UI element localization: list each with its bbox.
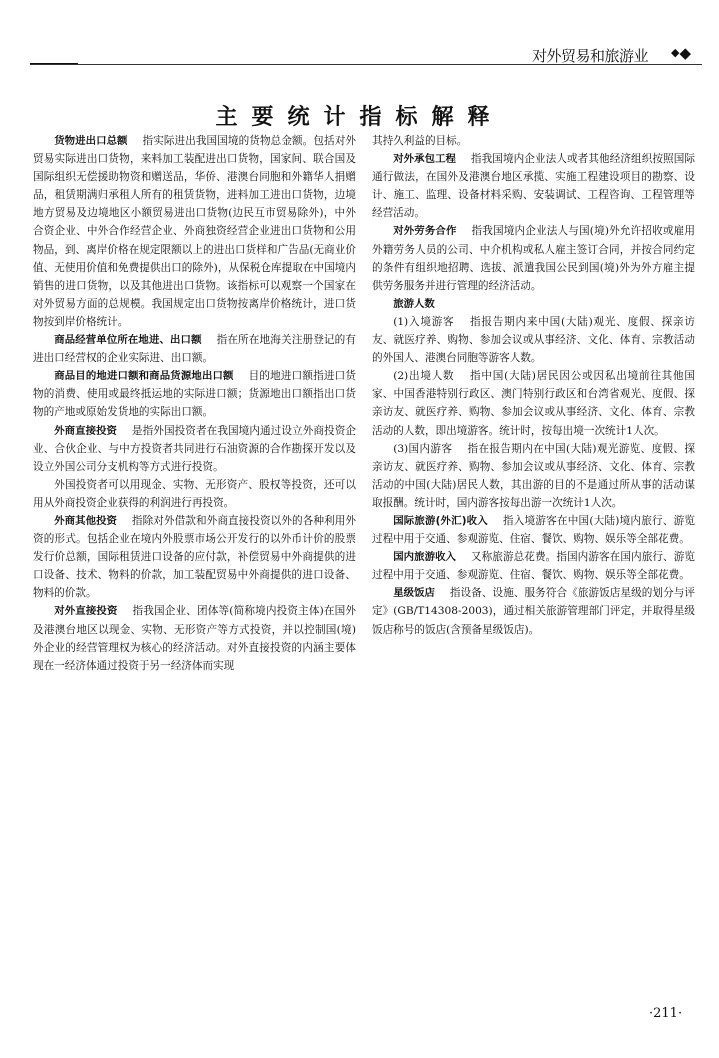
definition-other-foreign-investment: 外商其他投资指除对外借款和外商直接投资以外的各种利用外资的形式。包括企业在境内外… — [33, 512, 356, 602]
term: 旅游人数 — [393, 298, 435, 310]
item-lead: (3)国内游客 — [393, 443, 452, 455]
item-lead: (2)出境人数 — [393, 370, 454, 382]
definition-goods-trade-total: 货物进出口总额指实际进出我国国境的货物总金额。包括对外贸易实际进出口货物，来料加… — [33, 132, 356, 331]
definition-domestic-tourism-revenue: 国内旅游收入又称旅游总花费。指国内游客在国内旅行、游览过程中用于交通、参观游览、… — [372, 548, 695, 584]
right-column: 其持久利益的目标。 对外承包工程指我国境内企业法人或者其他经济组织按照国际通行做… — [372, 132, 695, 639]
page-number: ·211· — [649, 1006, 682, 1021]
definition-text: 指除对外借款和外商直接投资以外的各种利用外资的形式。包括企业在境内外股票市场公开… — [33, 515, 356, 599]
definition-overseas-contracting: 对外承包工程指我国境内企业法人或者其他经济组织按照国际通行做法，在国外及港澳台地… — [372, 150, 695, 222]
definition-fdi: 外商直接投资是指外国投资者在我国境内通过设立外商投资企业、合伙企业、与中方投资者… — [33, 422, 356, 476]
definition-text: 外国投资者可以用现金、实物、无形资产、股权等投资，还可以用从外商投资企业获得的利… — [33, 479, 356, 509]
definition-intl-tourism-receipts: 国际旅游(外汇)收入指入境游客在中国(大陆)境内旅行、游览过程中用于交通、参观游… — [372, 512, 695, 548]
definition-operator-location-trade: 商品经营单位所在地进、出口额指在所在地海关注册登记的有进出口经营权的企业实际进、… — [33, 331, 356, 367]
page-title: 主要统计指标解释 — [0, 100, 719, 131]
definition-outbound-tourists: (2)出境人数指中国(大陆)居民因公或因私出境前往其他国家、中国香港特别行政区、… — [372, 367, 695, 439]
term: 国内旅游收入 — [393, 551, 456, 563]
term: 货物进出口总额 — [54, 135, 127, 147]
term: 商品目的地进口额和商品货源地出口额 — [54, 370, 233, 382]
definition-domestic-tourists: (3)国内游客指在报告期内在中国(大陆)观光游览、度假、探亲访友、就医疗养、购物… — [372, 440, 695, 512]
term: 商品经营单位所在地进、出口额 — [54, 334, 201, 346]
definition-labor-cooperation: 对外劳务合作指我国境内企业法人与国(境)外允许招收或雇用外籍劳务人员的公司、中介… — [372, 222, 695, 294]
definition-odi-continued: 其持久利益的目标。 — [372, 132, 695, 150]
term: 外商直接投资 — [54, 425, 117, 437]
large-diamond-icon: ◆ — [679, 44, 691, 62]
item-lead: (1)入境游客 — [393, 316, 454, 328]
term: 星级饭店 — [393, 587, 435, 599]
term: 外商其他投资 — [54, 515, 117, 527]
diamond-marker-icon: ◆◆ — [671, 44, 691, 62]
definition-inbound-tourists: (1)入境游客指报告期内来中国(大陆)观光、度假、探亲访友、就医疗养、购物、参加… — [372, 313, 695, 367]
definition-text: 其持久利益的目标。 — [372, 135, 467, 147]
definition-star-hotels: 星级饭店指设备、设施、服务符合《旅游饭店星级的划分与评定》(GB/T14308-… — [372, 584, 695, 638]
term: 对外直接投资 — [54, 605, 117, 617]
term: 对外劳务合作 — [393, 225, 456, 237]
definition-odi: 对外直接投资指我国企业、团体等(简称境内投资主体)在国外及港澳台地区以现金、实物… — [33, 602, 356, 674]
definition-fdi-continued: 外国投资者可以用现金、实物、无形资产、股权等投资，还可以用从外商投资企业获得的利… — [33, 476, 356, 512]
subheading-tourist-count: 旅游人数 — [372, 295, 695, 313]
term: 对外承包工程 — [393, 153, 456, 165]
definition-text: 指实际进出我国国境的货物总金额。包括对外贸易实际进出口货物，来料加工装配进出口货… — [33, 135, 356, 328]
definition-destination-source-trade: 商品目的地进口额和商品货源地出口额目的地进口额指进口货物的消费、使用或最终抵运地… — [33, 367, 356, 421]
left-column: 货物进出口总额指实际进出我国国境的货物总金额。包括对外贸易实际进出口货物，来料加… — [33, 132, 356, 675]
running-header-section: 对外贸易和旅游业 — [532, 45, 648, 66]
term: 国际旅游(外汇)收入 — [393, 515, 488, 527]
